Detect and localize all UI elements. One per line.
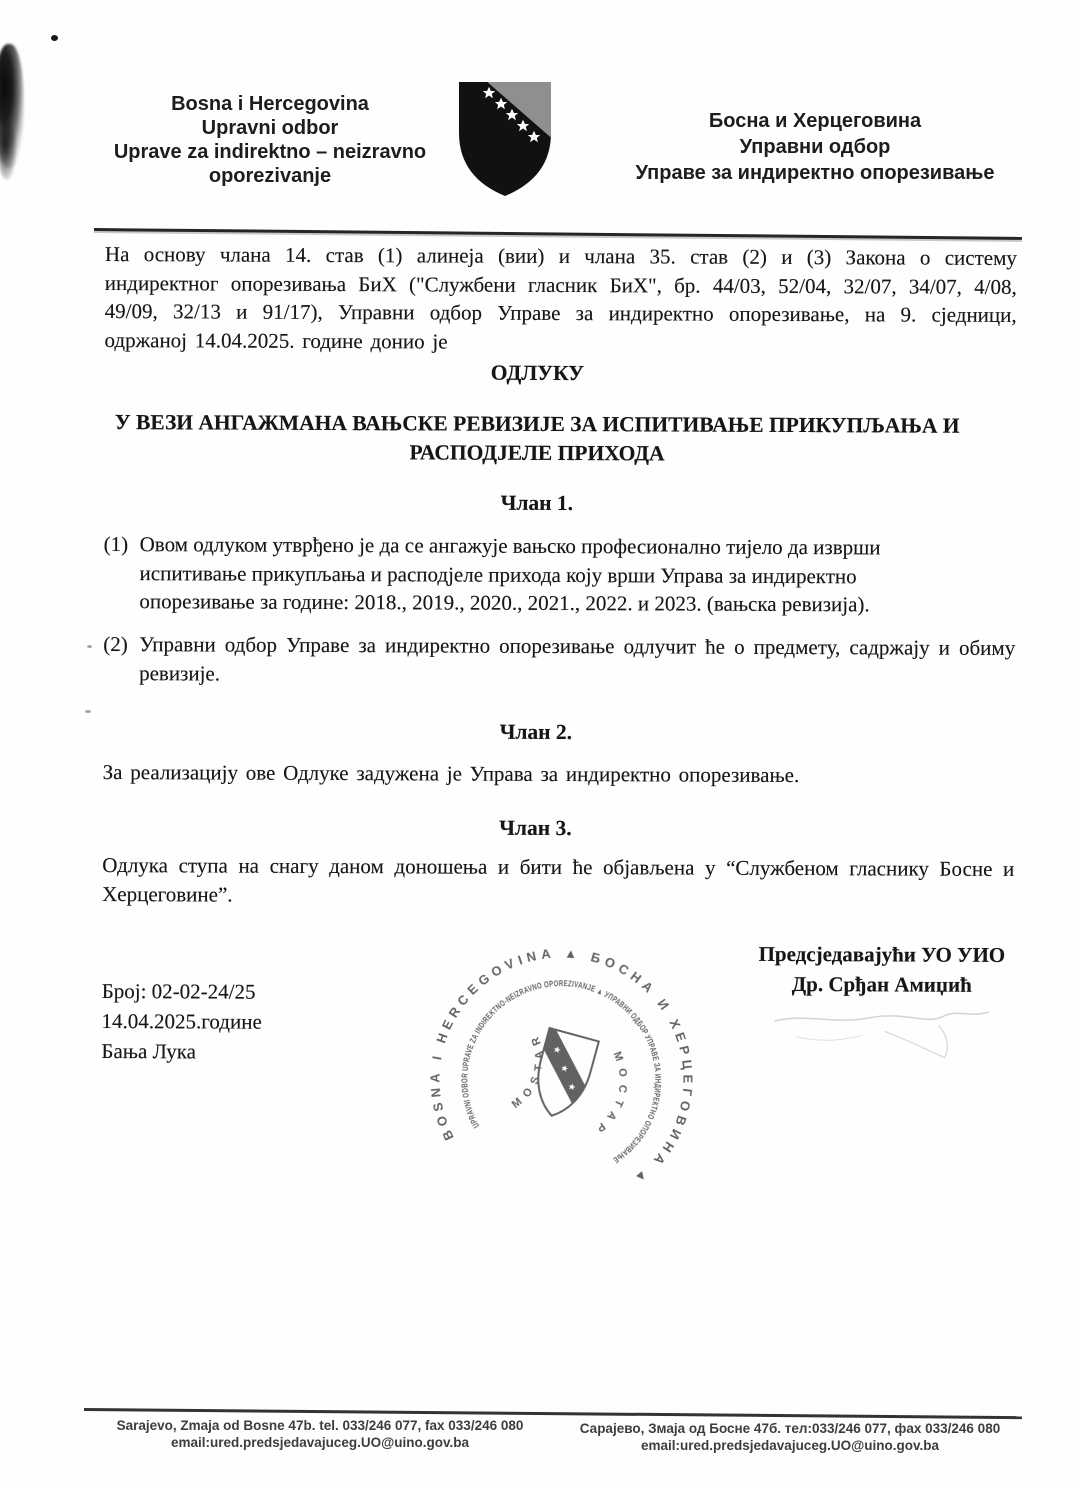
footer-latin-address: Sarajevo, Zmaja od Bosne 47b. tel. 033/2… — [95, 1417, 545, 1434]
intro-paragraph: На основу члана 14. став (1) алинеја (ви… — [105, 240, 1017, 358]
article-1-item-1: (1) Овом одлуком утврђено је да се ангаж… — [103, 530, 945, 619]
article-2-heading: Члан 2. — [76, 716, 996, 749]
item-marker: (1) — [104, 530, 129, 559]
reference-place: Бања Лука — [101, 1036, 421, 1067]
stamp-city-cyrillic: МОСТАР — [587, 1047, 639, 1143]
item-text: Овом одлуком утврђено је да се ангажује … — [139, 532, 880, 616]
article-1-item-2: (2) Управни одбор Управе за индиректно о… — [103, 630, 1015, 691]
reference-number: Број: 02-02-24/25 — [102, 976, 422, 1007]
decision-title: У ВЕЗИ АНГАЖМАНА ВАЊСКЕ РЕВИЗИЈЕ ЗА ИСПИ… — [77, 408, 997, 470]
signer-role: Предсједавајући УО УИО — [737, 939, 1027, 970]
article-2-body: За реализацију ове Одлуке задужена је Уп… — [103, 758, 1015, 790]
footer-cyrillic-address: Сарајево, Змаја од Босне 47б. тел:033/24… — [555, 1420, 1025, 1437]
article-3-heading: Члан 3. — [75, 812, 995, 845]
document-body: На основу члана 14. став (1) алинеја (ви… — [0, 0, 1075, 1485]
footer-cyrillic-email: email:ured.predsjedavajuceg.UO@uino.gov.… — [555, 1437, 1025, 1454]
footer-latin: Sarajevo, Zmaja od Bosne 47b. tel. 033/2… — [95, 1417, 545, 1451]
item-text: Управни одбор Управе за индиректно опоре… — [139, 632, 1015, 685]
article-1-heading: Члан 1. — [77, 487, 997, 520]
official-round-stamp: BOSNA I HERCEGOVINA ▲ БОСНА И ХЕРЦЕГОВИН… — [411, 929, 712, 1230]
svg-text:МОСТАР: МОСТАР — [587, 1047, 639, 1143]
scanned-decision-document: Bosna i Hercegovina Upravni odbor Uprave… — [0, 0, 1075, 1485]
reference-block: Број: 02-02-24/25 14.04.2025.године Бања… — [101, 976, 421, 1067]
footer-cyrillic: Сарајево, Змаја од Босне 47б. тел:033/24… — [555, 1420, 1025, 1454]
article-3-body: Одлука ступа на снагу даном доношења и б… — [102, 851, 1014, 912]
item-marker: (2) — [103, 630, 128, 659]
footer-latin-email: email:ured.predsjedavajuceg.UO@uino.gov.… — [95, 1434, 545, 1451]
reference-date: 14.04.2025.године — [102, 1006, 422, 1037]
decision-heading: ОДЛУКУ — [77, 357, 997, 390]
handwritten-signature — [766, 991, 1006, 1072]
